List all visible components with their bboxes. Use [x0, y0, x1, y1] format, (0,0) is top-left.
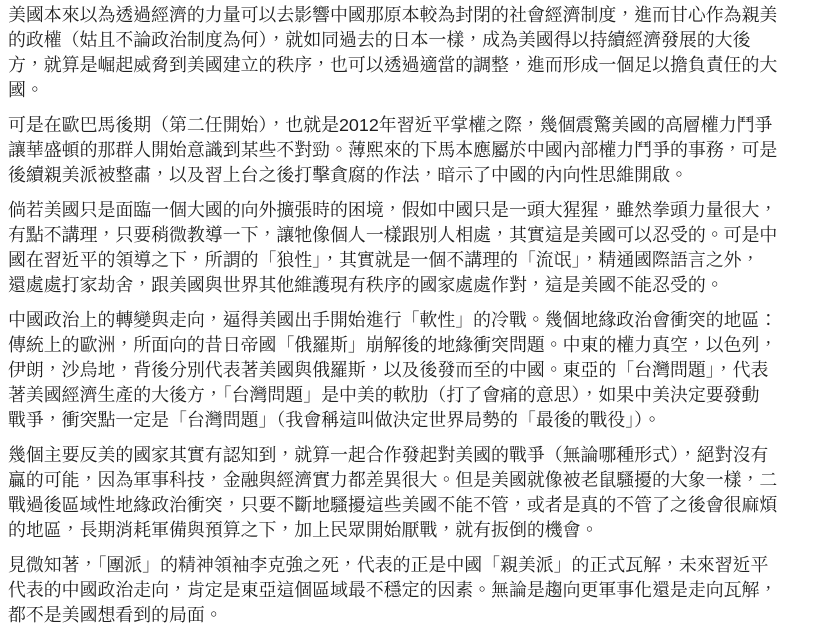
text-line: 國在習近平的領導之下，所謂的「狼性」，其實就是一個不講理的「流氓」，精通國際語言…: [8, 248, 818, 273]
paragraph: 倘若美國只是面臨一個大國的向外擴張時的困境，假如中國只是一頭大猩猩，雖然拳頭力量…: [8, 198, 818, 298]
text-line: 伊朗，沙烏地，背後分別代表著美國與俄羅斯，以及後發而至的中國。東亞的「台灣問題」…: [8, 358, 818, 383]
text-line: 的地區，長期消耗軍備與預算之下，加上民眾開始厭戰，就有扳倒的機會。: [8, 518, 818, 543]
text-line: 幾個主要反美的國家其實有認知到，就算一起合作發起對美國的戰爭（無論哪種形式），絕…: [8, 443, 818, 468]
text-line: 見微知著，「團派」的精神領袖李克強之死，代表的正是中國「親美派」的正式瓦解，未來…: [8, 553, 818, 578]
text-line: 還處處打家劫舍，跟美國與世界其他維護現有秩序的國家處處作對，這是美國不能忍受的。: [8, 273, 818, 298]
text-line: 可是在歐巴馬後期（第二任開始），也就是2012年習近平掌權之際，幾個震驚美國的高…: [8, 113, 818, 138]
paragraph: 見微知著，「團派」的精神領袖李克強之死，代表的正是中國「親美派」的正式瓦解，未來…: [8, 553, 818, 627]
text-line: 代表的中國政治走向，肯定是東亞這個區域最不穩定的因素。無論是趨向更軍事化還是走向…: [8, 578, 818, 603]
text-line: 都不是美國想看到的局面。: [8, 603, 818, 627]
text-line: 國。: [8, 78, 818, 103]
text-line: 倘若美國只是面臨一個大國的向外擴張時的困境，假如中國只是一頭大猩猩，雖然拳頭力量…: [8, 198, 818, 223]
text-line: 的政權（姑且不論政治制度為何），就如同過去的日本一樣，成為美國得以持續經濟發展的…: [8, 28, 818, 53]
paragraph: 中國政治上的轉變與走向，逼得美國出手開始進行「軟性」的冷戰。幾個地緣政治會衝突的…: [8, 308, 818, 433]
text-line: 傳統上的歐洲，所面向的昔日帝國「俄羅斯」崩解後的地緣衝突問題。中東的權力真空，以…: [8, 333, 818, 358]
text-line: 讓華盛頓的那群人開始意識到某些不對勁。薄熙來的下馬本應屬於中國內部權力鬥爭的事務…: [8, 138, 818, 163]
text-line: 美國本來以為透過經濟的力量可以去影響中國那原本較為封閉的社會經濟制度，進而甘心作…: [8, 3, 818, 28]
text-line: 著美國經濟生產的大後方，「台灣問題」是中美的軟肋（打了會痛的意思），如果中美決定…: [8, 383, 818, 408]
text-line: 戰爭，衝突點一定是「台灣問題」（我會稱這叫做決定世界局勢的「最後的戰役」）。: [8, 408, 818, 433]
article-body: 美國本來以為透過經濟的力量可以去影響中國那原本較為封閉的社會經濟制度，進而甘心作…: [0, 0, 826, 627]
text-line: 後續親美派被整肅，以及習上台之後打擊貪腐的作法，暗示了中國的內向性思維開啟。: [8, 163, 818, 188]
paragraph: 幾個主要反美的國家其實有認知到，就算一起合作發起對美國的戰爭（無論哪種形式），絕…: [8, 443, 818, 543]
paragraph: 美國本來以為透過經濟的力量可以去影響中國那原本較為封閉的社會經濟制度，進而甘心作…: [8, 3, 818, 103]
text-line: 有點不講理，只要稍微教導一下，讓牠像個人一樣跟別人相處，其實這是美國可以忍受的。…: [8, 223, 818, 248]
text-line: 戰過後區域性地緣政治衝突，只要不斷地騷擾這些美國不能不管，或者是真的不管了之後會…: [8, 493, 818, 518]
text-line: 方，就算是崛起威脅到美國建立的秩序，也可以透過適當的調整，進而形成一個足以擔負責…: [8, 53, 818, 78]
text-line: 贏的可能，因為軍事科技，金融與經濟實力都差異很大。但是美國就像被老鼠騷擾的大象一…: [8, 468, 818, 493]
text-line: 中國政治上的轉變與走向，逼得美國出手開始進行「軟性」的冷戰。幾個地緣政治會衝突的…: [8, 308, 818, 333]
paragraph: 可是在歐巴馬後期（第二任開始），也就是2012年習近平掌權之際，幾個震驚美國的高…: [8, 113, 818, 188]
